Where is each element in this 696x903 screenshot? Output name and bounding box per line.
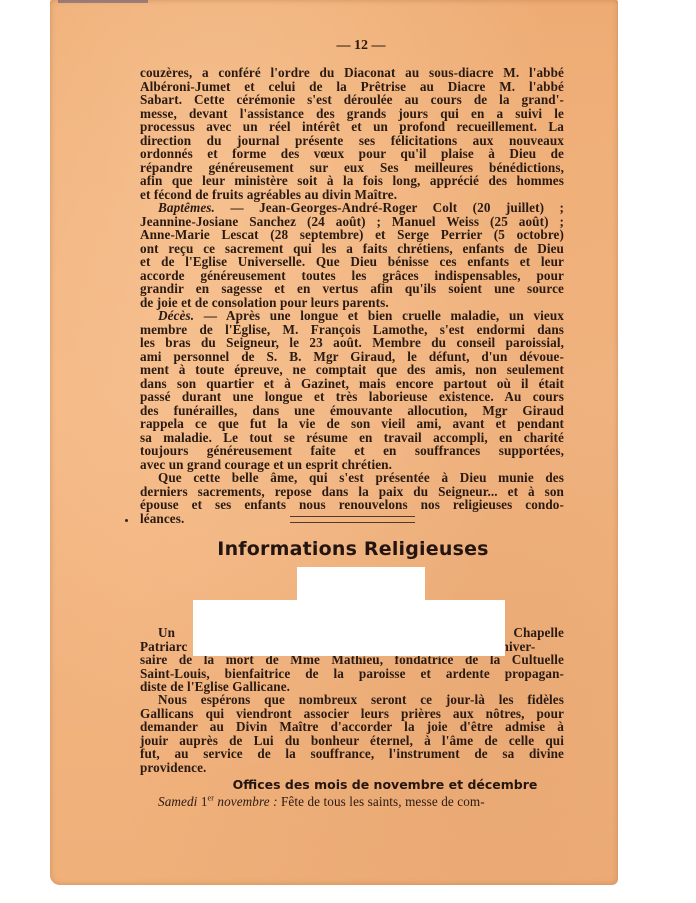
text-line: et de l'Eglise Universelle. Que Dieu bén…	[140, 255, 564, 269]
text-line: processus avec un réel intérêt et un pro…	[140, 120, 564, 134]
text-line: Jeannine-Josiane Sanchez (24 août) ; Man…	[140, 215, 564, 229]
text-line: Que cette belle âme, qui s'est présentée…	[140, 471, 564, 485]
ordination-paragraph: couzères, a conféré l'ordre du Diaconat …	[140, 66, 564, 201]
text-line: Anne-Marie Lescat (28 septembre) et Serg…	[140, 228, 564, 242]
offices-subheading: Offices des mois de novembre et décembre	[0, 777, 696, 792]
text-line: ont reçu ce sacrement qui les a faits ch…	[140, 242, 564, 256]
text-line: épouse et ses enfants nous renouvelons n…	[140, 498, 564, 512]
offices-month: novembre :	[217, 794, 277, 809]
text-line: demander au Divin Maître d'accorder la j…	[140, 720, 564, 734]
text-line: ment à toute épreuve, ne comptait que de…	[140, 363, 564, 377]
text-line: ordonnés et forme des vœux pour qu'il pl…	[140, 147, 564, 161]
deces-label: Décès.	[158, 308, 194, 323]
deces-first-line: Décès. — Après une longue et bien cruell…	[140, 309, 564, 323]
text-line: des funérailles, dans une émouvante allo…	[140, 404, 564, 418]
text-line: couzères, a conféré l'ordre du Diaconat …	[140, 66, 564, 80]
text-line: ami personnel de S. B. Mgr Giraud, le dé…	[140, 350, 564, 364]
section-divider-rule	[290, 516, 415, 523]
text-line: sa maladie. Le tout se résume en travail…	[140, 431, 564, 445]
text-line: toujours généreusement faite et en souff…	[140, 444, 564, 458]
text-line: rappela ce que fut la vie de son vieil a…	[140, 417, 564, 431]
text-line: passé durant une longue et très laborieu…	[140, 390, 564, 404]
baptemes-first-line: Baptêmes. — Jean-Georges-André-Roger Col…	[140, 201, 564, 215]
page-number: — 12 —	[0, 38, 696, 54]
text-line: répandre généreusement sur eux Ses meill…	[140, 161, 564, 175]
text-line: Nous espérons que nombreux seront ce jou…	[140, 693, 564, 707]
fideles-paragraph: Nous espérons que nombreux seront ce jou…	[140, 693, 564, 774]
text-line: dans son quartier et à Gazinet, mais enc…	[140, 377, 564, 391]
text-line: Sabart. Cette cérémonie s'est déroulée a…	[140, 93, 564, 107]
deces-paragraph: Décès. — Après une longue et bien cruell…	[140, 309, 564, 471]
text-line: Saint-Louis, bienfaitrice de la paroisse…	[140, 667, 564, 681]
text-line: Albéroni-Jumet et celui de la Prêtrise a…	[140, 80, 564, 94]
text-line: membre de l'Église, M. François Lamothe,…	[140, 323, 564, 337]
redaction-block-bottom	[193, 600, 505, 656]
text-line: accorde généreusement toutes les grâces …	[140, 269, 564, 283]
redaction-block-top	[297, 567, 425, 603]
text-line: fut, au service de la souffrance, l'inst…	[140, 747, 564, 761]
offices-day: Samedi	[158, 794, 197, 809]
text-line: Gallicans qui viendront associer leurs p…	[140, 707, 564, 721]
baptemes-label: Baptêmes.	[158, 200, 215, 215]
text-line: direction du journal présente ses félici…	[140, 134, 564, 148]
text-line: jouir auprès de Lui du bonheur éternel, …	[140, 734, 564, 748]
text-line: grandir en sagesse et en vertus afin qu'…	[140, 282, 564, 296]
text-line: les bras du Seigneur, le 23 août. Membre…	[140, 336, 564, 350]
text-line: afin que leur ministère soit à la fois l…	[140, 174, 564, 188]
text-line: avec un grand courage et un esprit chrét…	[140, 458, 564, 472]
text-line: providence.	[140, 761, 564, 775]
text-line: de joie et de consolation pour leurs par…	[140, 296, 564, 310]
page-edge-shadow	[58, 0, 148, 3]
text-line: derniers sacrements, repose dans la paix…	[140, 485, 564, 499]
baptemes-paragraph: Baptêmes. — Jean-Georges-André-Roger Col…	[140, 201, 564, 309]
section-heading: Informations Religieuses	[0, 538, 696, 560]
text-line: messe, devant l'assistance des grands jo…	[140, 107, 564, 121]
offices-first-entry: Samedi 1er novembre : Fête de tous les s…	[140, 795, 564, 809]
ink-speck	[125, 519, 128, 522]
text-line: et fécond de fruits agréables au divin M…	[140, 188, 564, 202]
